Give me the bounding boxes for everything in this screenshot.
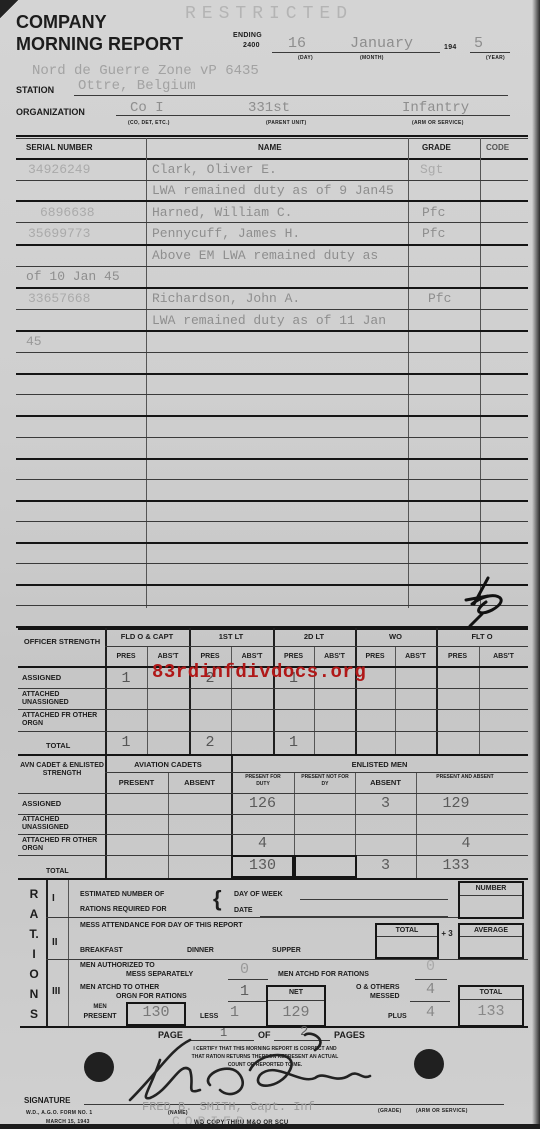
brace: { [213, 886, 222, 912]
rations-side-label: R A T. I O N S [26, 884, 42, 1024]
row-label-assigned: ASSIGNED [22, 800, 61, 808]
subheader-abst: ABS'T [231, 653, 273, 661]
org-caption-co: (CO, DET, ETC.) [128, 120, 170, 126]
binder-hole-right [414, 1049, 444, 1079]
net-value: 129 [268, 1004, 324, 1021]
corner-shadow [0, 0, 20, 20]
less-label: LESS [200, 1013, 218, 1021]
day-of-week-label: DAY OF WEEK [234, 891, 283, 899]
breakfast-label: BREAKFAST [80, 947, 123, 955]
officer-group-fld-capt: FLD O & CAPT [105, 633, 189, 641]
row-label-attached-other-orgn: ATTACHED FR OTHER ORGN [22, 712, 104, 728]
row-label-attached-unassigned: ATTACHED UNASSIGNED [22, 816, 104, 832]
men-present-label: MEN [80, 1004, 120, 1011]
group-aviation-cadets: AVIATION CADETS [105, 761, 231, 769]
organization-label: ORGANIZATION [16, 107, 85, 117]
plus-value: 4 [426, 1004, 435, 1021]
mess-separately-value: 0 [240, 961, 249, 978]
subheader-abst: ABS'T [395, 653, 436, 661]
row-serial: 33657668 [28, 291, 90, 306]
subheader-pres: PRES [355, 653, 395, 661]
subheader-pres: PRES [436, 653, 479, 661]
org-parent-unit: 331st [248, 100, 290, 116]
col-header-name: NAME [258, 143, 282, 152]
rations-total-label: TOTAL [460, 989, 522, 997]
header-em-absent: ABSENT [355, 779, 416, 787]
row-label-total: TOTAL [46, 742, 70, 750]
header-cadets-present: PRESENT [105, 779, 168, 787]
date-label: DATE [234, 907, 253, 915]
officer-group-flt-o: FLT O [436, 633, 528, 641]
less-value: 1 [230, 1004, 239, 1021]
report-year: 5 [474, 35, 483, 52]
subheader-abst: ABS'T [479, 653, 528, 661]
header-present-not-for-duty: PRESENT NOT FOR DY [298, 774, 352, 788]
row-label-attached-unassigned: ATTACHED UNASSIGNED [22, 691, 104, 707]
watermark-83rdinfdivdocs: 83rdinfdivdocs.org [152, 661, 366, 683]
atchd-for-rations-label: MEN ATCHD FOR RATIONS [278, 971, 369, 979]
org-company: Co I [130, 100, 164, 116]
form-id: W.D., A.G.O. FORM NO. 1 [26, 1110, 92, 1116]
ending-label: ENDING [233, 32, 262, 39]
morning-report-document: RESTRICTED COMPANY MORNING REPORT ENDING… [0, 0, 540, 1129]
others-messed-label: O & OTHERS [356, 984, 400, 992]
estimated-rations-label-2: RATIONS REQUIRED FOR [80, 906, 167, 914]
subheader-pres: PRES [105, 653, 147, 661]
rations-section-i: I [52, 893, 55, 904]
org-arm: Infantry [402, 100, 469, 116]
row-name: Harned, William C. [152, 205, 292, 220]
dinner-label: DINNER [187, 947, 214, 955]
others-messed-label-2: MESSED [370, 993, 400, 1001]
group-enlisted-men: ENLISTED MEN [231, 761, 528, 769]
row-name: Clark, Oliver E. [152, 162, 277, 177]
col-header-grade: GRADE [422, 143, 451, 152]
em-total-pnfd-box [294, 855, 357, 878]
plus-label: PLUS [388, 1013, 407, 1021]
row-label-total: TOTAL [46, 868, 69, 876]
station-label: STATION [16, 85, 54, 95]
header-cadets-absent: ABSENT [168, 779, 231, 787]
atchd-for-rations-value: 0 [426, 958, 435, 975]
arm-caption: (ARM OR SERVICE) [416, 1108, 468, 1114]
station-line1: Nord de Guerre Zone vP 6435 [32, 63, 259, 79]
net-label: NET [268, 989, 324, 997]
officer-assigned-fld-pres: 1 [105, 670, 147, 687]
signature-label: SIGNATURE [24, 1097, 71, 1105]
row-label-assigned: ASSIGNED [22, 674, 61, 682]
station-line2: Ottre, Belgium [78, 78, 196, 94]
restricted-stamp: RESTRICTED [185, 4, 353, 24]
enlisted-strength-title: AVN CADET & ENLISTED STRENGTH [20, 762, 104, 778]
edge-shadow [532, 0, 540, 1129]
mess-total-label: TOTAL [377, 927, 437, 935]
em-attached-present-for-duty: 4 [231, 835, 294, 852]
row-grade: Pfc [422, 205, 445, 220]
form-title-line1: COMPANY [16, 12, 107, 33]
header-present-and-absent: PRESENT AND ABSENT [430, 774, 500, 781]
org-caption-parent: (PARENT UNIT) [266, 120, 306, 126]
subheader-abst: ABS'T [314, 653, 355, 661]
em-assigned-present-for-duty: 126 [231, 795, 294, 812]
subheader-abst: ABS'T [147, 653, 189, 661]
em-assigned-present-and-absent: 129 [416, 795, 496, 812]
row-remark-continued: of 10 Jan 45 [26, 269, 120, 284]
row-name: Richardson, John A. [152, 291, 300, 306]
form-title-line2: MORNING REPORT [16, 34, 183, 55]
rations-section-ii: II [52, 937, 58, 948]
officer-strength-title: OFFICER STRENGTH [20, 638, 104, 646]
grade-caption: (GRADE) [378, 1108, 402, 1114]
year-prefix: 194 [444, 44, 457, 51]
bottom-edge [0, 1124, 540, 1129]
ending-time: 2400 [243, 42, 260, 49]
month-caption: (MONTH) [360, 55, 384, 61]
row-serial: 34926249 [28, 162, 90, 177]
row-grade: Pfc [422, 226, 445, 241]
supper-label: SUPPER [272, 947, 301, 955]
men-present-value: 130 [128, 1004, 184, 1021]
subheader-pres: PRES [189, 653, 231, 661]
mess-separately-label-2: MESS SEPARATELY [126, 971, 193, 979]
report-day: 16 [288, 35, 306, 52]
em-total-present-for-duty: 130 [231, 857, 294, 874]
officer-group-wo: WO [355, 633, 436, 641]
mess-attendance-title: MESS ATTENDANCE FOR DAY OF THIS REPORT [80, 922, 243, 930]
org-caption-arm: (ARM OR SERVICE) [412, 120, 464, 126]
col-header-serial: SERIAL NUMBER [26, 143, 93, 152]
others-messed-value: 4 [426, 981, 435, 998]
row-name: Pennycuff, James H. [152, 226, 300, 241]
row-remark: LWA remained duty as of 9 Jan45 [152, 183, 394, 198]
subheader-pres: PRES [273, 653, 314, 661]
average-label: AVERAGE [460, 927, 522, 935]
signature-handwriting [100, 1030, 400, 1110]
row-remark: Above EM LWA remained duty as [152, 248, 378, 263]
row-serial: 6896638 [40, 205, 95, 220]
officer-total-2dlt-pres: 1 [273, 734, 314, 751]
officer-total-1stlt-pres: 2 [189, 734, 231, 751]
em-attached-present-and-absent: 4 [416, 835, 516, 852]
year-caption: (YEAR) [486, 55, 505, 61]
atchd-other-orgn-label-2: ORGN FOR RATIONS [116, 993, 187, 1001]
em-total-present-and-absent: 133 [416, 857, 496, 874]
em-assigned-absent: 3 [355, 795, 416, 812]
row-grade: Pfc [428, 291, 451, 306]
em-total-absent: 3 [355, 857, 416, 874]
atchd-other-orgn-label: MEN ATCHD TO OTHER [80, 984, 159, 992]
rations-total-value: 133 [460, 1003, 522, 1020]
row-remark-continued: 45 [26, 334, 42, 349]
col-header-code: CODE [486, 143, 509, 152]
day-caption: (DAY) [298, 55, 313, 61]
number-label: NUMBER [460, 885, 522, 893]
handwritten-initials-mark [452, 574, 522, 630]
officer-total-fld-pres: 1 [105, 734, 147, 751]
report-month: January [350, 35, 413, 52]
rations-section-iii: III [52, 986, 60, 997]
row-remark: LWA remained duty as of 11 Jan [152, 313, 386, 328]
divide-by-three: + 3 [440, 929, 454, 939]
row-serial: 35699773 [28, 226, 90, 241]
row-grade: Sgt [420, 162, 443, 177]
atchd-other-orgn-value: 1 [240, 983, 249, 1000]
officer-group-2d-lt: 2D LT [273, 633, 355, 641]
row-label-attached-other-orgn: ATTACHED FR OTHER ORGN [22, 837, 104, 853]
officer-group-1st-lt: 1ST LT [189, 633, 273, 641]
estimated-rations-label: ESTIMATED NUMBER OF [80, 891, 164, 899]
header-present-for-duty: PRESENT FOR DUTY [238, 774, 288, 788]
mess-separately-label: MEN AUTHORIZED TO [80, 962, 155, 970]
men-present-label-2: PRESENT [76, 1013, 124, 1021]
